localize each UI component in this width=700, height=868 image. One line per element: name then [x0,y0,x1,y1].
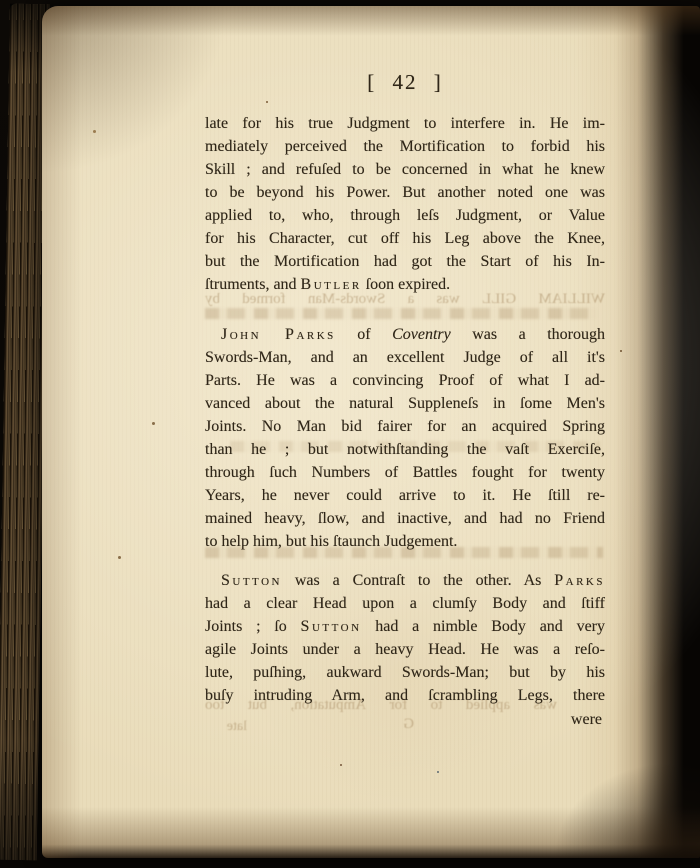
foxing-speck [620,350,622,352]
text-line: for his Character, cut off his Leg above… [205,227,605,250]
body-text: applied to, who, through leſs Judgment, … [205,207,605,224]
catchword: were [205,708,605,731]
text-line: Joints ; ſo Sutton had a nimble Body and… [205,615,605,638]
body-text: Joints ; ſo [205,618,301,635]
body-text: had a nimble Body and very [362,618,605,635]
text-line: Years, he never could arrive to it. He ſ… [205,484,605,507]
body-text: agile Joints under a heavy Head. He was … [205,641,605,658]
body-text: through ſuch Numbers of Battles fought f… [205,464,605,481]
body-text: to help him, but his ſtaunch Judgement. [205,533,457,550]
body-text: ſtruments, and [205,276,301,293]
body-text: for his Character, cut off his Leg above… [205,230,605,247]
text-line: Skill ; and refuſed to be concerned in w… [205,158,605,181]
body-text: mediately perceived the Mortification to… [205,138,605,155]
text-line: to help him, but his ſtaunch Judgement. [205,530,605,553]
body-text: vanced about the natural Suppleneſs in ſ… [205,395,605,412]
text-line: Joints. No Man bid fairer for an acquire… [205,415,605,438]
body-text: ſoon expired. [362,276,450,293]
book-scan: WILLIAMGILLwasaSwords-Manformedbywasappl… [0,0,700,868]
foxing-speck [93,130,96,133]
text-line: agile Joints under a heavy Head. He was … [205,638,605,661]
text-line: John Parks of Coventry was a thorough [205,323,605,346]
small-caps-name: Parks [554,572,605,589]
text-line: but the Mortification had got the Start … [205,250,605,273]
foxing-speck [437,771,439,773]
small-caps-name: Butler [301,276,362,293]
body-text: was a Contraſt to the other. As [282,572,554,589]
body-text: Years, he never could arrive to it. He ſ… [205,487,605,504]
body-text: buſy intruding Arm, and ſcrambling Legs,… [205,687,605,704]
text-line: to be beyond his Power. But another note… [205,181,605,204]
text-line: applied to, who, through leſs Judgment, … [205,204,605,227]
text-line: Parts. He was a convincing Proof of what… [205,369,605,392]
text-line: than he ; but notwithſtanding the vaſt E… [205,438,605,461]
text-line: had a clear Head upon a clumſy Body and … [205,592,605,615]
foxing-speck [152,422,155,425]
foxing-speck [340,764,342,766]
page-number-header: [ 42 ] [205,70,605,95]
text-line: mained heavy, ſlow, and inactive, and ha… [205,507,605,530]
text-line: through ſuch Numbers of Battles fought f… [205,461,605,484]
text-line: late for his true Judgment to interfere … [205,112,605,135]
body-text: Skill ; and refuſed to be concerned in w… [205,161,605,178]
small-caps-name: John Parks [221,326,336,343]
body-text: than he ; but notwithſtanding the vaſt E… [205,441,605,458]
italic-text: Coventry [392,326,451,343]
small-caps-name: Sutton [221,572,282,589]
body-text: Joints. No Man bid fairer for an acquire… [205,418,605,435]
body-text: lute, puſhing, aukward Swords-Man; but b… [205,664,605,681]
text-line: ſtruments, and Butler ſoon expired. [205,273,605,296]
text-line: vanced about the natural Suppleneſs in ſ… [205,392,605,415]
body-text: mained heavy, ſlow, and inactive, and ha… [205,510,605,527]
text-line: buſy intruding Arm, and ſcrambling Legs,… [205,684,605,707]
body-text: to be beyond his Power. But another note… [205,184,605,201]
text-line: Swords-Man, and an excellent Judge of al… [205,346,605,369]
body-text: was a thorough [451,326,605,343]
text-line: Sutton was a Contraſt to the other. As P… [205,569,605,592]
ink-dot [118,556,121,559]
paragraph: late for his true Judgment to interfere … [205,112,605,296]
text-line: mediately perceived the Mortification to… [205,135,605,158]
small-caps-name: Sutton [301,618,362,635]
body-text: Swords-Man, and an excellent Judge of al… [205,349,605,366]
text-block: late for his true Judgment to interfere … [205,112,605,731]
paragraph: Sutton was a Contraſt to the other. As P… [205,569,605,707]
body-text: had a clear Head upon a clumſy Body and … [205,595,605,612]
paragraph: John Parks of Coventry was a thoroughSwo… [205,323,605,553]
text-line: lute, puſhing, aukward Swords-Man; but b… [205,661,605,684]
body-text: late for his true Judgment to interfere … [205,115,605,132]
body-text: of [336,326,392,343]
body-text: but the Mortification had got the Start … [205,253,605,270]
foxing-speck [266,101,268,103]
paragraphs: late for his true Judgment to interfere … [205,112,605,707]
body-text: Parts. He was a convincing Proof of what… [205,372,605,389]
